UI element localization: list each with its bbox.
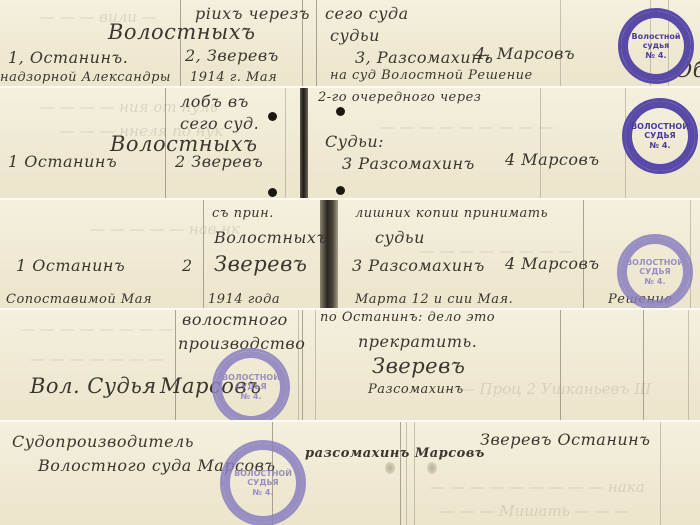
handwriting: Судопроизводитель <box>12 432 194 451</box>
handwriting: Марта 12 и сии Мая. <box>355 292 513 307</box>
handwriting: Вол. Судья <box>30 374 157 398</box>
book-binding-shadow <box>300 88 308 198</box>
handwriting: на суд Волостной Решение <box>330 68 533 83</box>
binding-hole <box>385 462 395 474</box>
handwriting: Разсомахинъ <box>368 382 464 397</box>
handwriting: 3 Разсомахинъ <box>352 256 485 275</box>
handwriting: судьи <box>375 228 425 247</box>
handwriting: Зверевъ Останинъ <box>480 430 650 449</box>
binding-hole <box>268 112 277 121</box>
handwriting: лишних копии принимать <box>355 206 548 221</box>
handwriting: 1914 г. Мая <box>190 70 277 85</box>
handwriting: надзорной Александры <box>0 70 171 85</box>
handwriting: Зверевъ <box>214 252 307 276</box>
handwriting: прекратить. <box>358 332 477 351</box>
handwriting: 3 Разсомахинъ <box>342 154 475 173</box>
handwriting: лобъ въ <box>180 92 249 111</box>
book-binding-shadow <box>320 200 338 308</box>
handwriting: 2 <box>182 256 193 275</box>
handwriting: 2-го очередного через <box>318 90 481 105</box>
court-stamp: ВОЛОСТНОЙ СУДЬЯ № 4. <box>212 348 290 422</box>
ledger-strip-4: — — — — — — — — — — — — — — — — — Проц 2… <box>0 310 700 422</box>
handwriting: по Останинъ: дело это <box>320 310 495 325</box>
handwriting: Волостныхъ <box>214 228 328 247</box>
handwriting: 4 Марсовъ <box>505 254 600 273</box>
handwriting: 1 Останинъ <box>16 256 125 275</box>
handwriting: Волостныхъ <box>108 20 256 44</box>
handwriting: сего суд. <box>180 114 259 133</box>
handwriting: 1914 года <box>208 292 280 307</box>
court-stamp: ВОЛОСТНОЙ СУДЬЯ № 4. <box>617 234 693 310</box>
handwriting: 2, Зверевъ <box>185 46 279 65</box>
court-stamp: Волостной судья № 4. <box>618 8 694 84</box>
handwriting: съ прин. <box>212 206 274 221</box>
ledger-strip-5: — — — — — — — — — нака — — — Мишать — — … <box>0 422 700 525</box>
handwriting: 2 Зверевъ <box>175 152 263 171</box>
handwriting: 4, Марсовъ <box>475 44 575 63</box>
binding-hole <box>336 107 345 116</box>
ledger-strip-1: — — — вили — рiихъ черезъ Волостныхъ 1, … <box>0 0 700 88</box>
handwriting: судьи <box>330 26 380 45</box>
handwriting: 4 Марсовъ <box>505 150 600 169</box>
handwriting: волостного <box>182 310 288 329</box>
handwriting: разсомахинъ Марсовъ <box>305 446 485 461</box>
handwriting: Судьи: <box>325 132 384 151</box>
court-stamp: ВОЛОСТНОЙ СУДЬЯ № 4. <box>220 440 306 525</box>
handwriting: 1, Останинъ. <box>8 48 128 67</box>
ledger-strip-2: — — — — ния от нуль — — — ннеля по нук —… <box>0 88 700 200</box>
handwriting: 1 Останинъ <box>8 152 117 171</box>
ledger-strip-3: — — — — — нав нк — — — — — — — — съ прин… <box>0 200 700 310</box>
handwriting: 3, Разсомахинъ <box>355 48 493 67</box>
handwriting: сего суда <box>325 4 409 23</box>
binding-hole <box>427 462 437 474</box>
court-stamp: ВОЛОСТНОЙ СУДЬЯ № 4. <box>622 98 698 174</box>
handwriting: Сопоставимой Мая <box>6 292 152 307</box>
handwriting: Зверевъ <box>372 354 465 378</box>
binding-hole <box>336 186 345 195</box>
binding-hole <box>268 188 277 197</box>
